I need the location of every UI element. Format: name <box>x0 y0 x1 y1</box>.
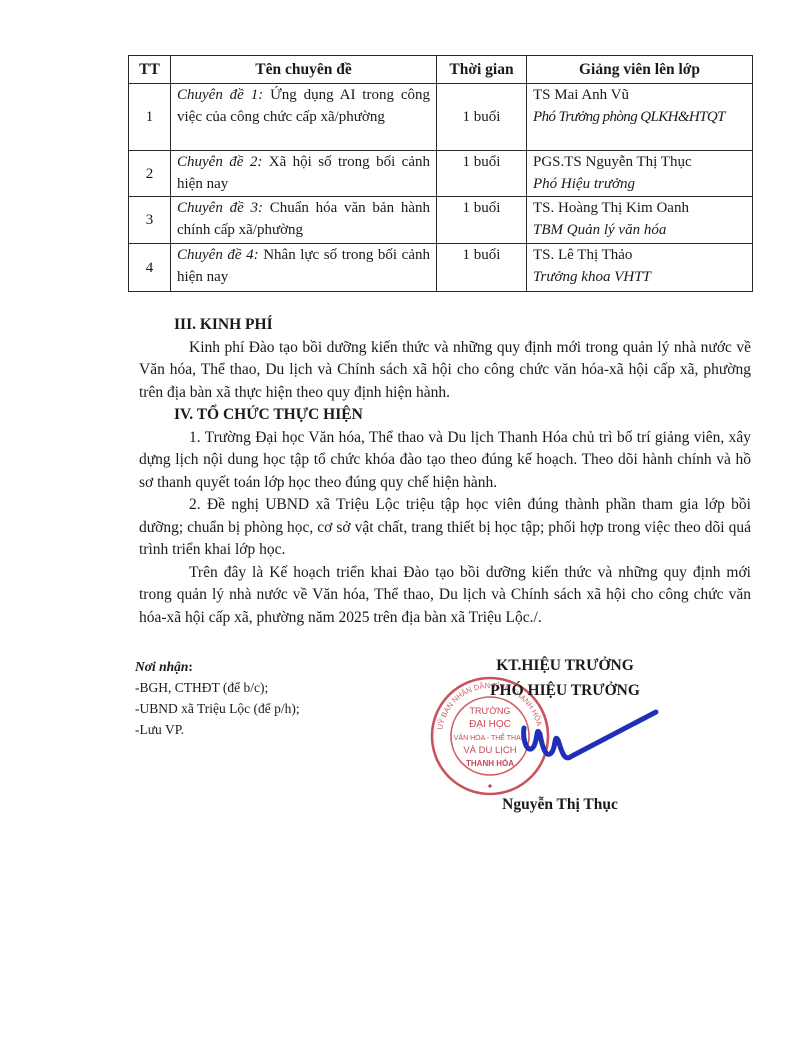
lecturer-cell: TS. Lê Thị ThảoTrưởng khoa VHTT <box>527 244 753 292</box>
lecturer-role: Phó Hiệu trưởng <box>533 173 746 195</box>
topic-cell: Chuyên đề 2: Xã hội số trong bối cảnh hi… <box>171 151 437 197</box>
time-cell: 1 buổi <box>437 244 527 292</box>
table-header-row: TT Tên chuyên đề Thời gian Giảng viên lê… <box>129 56 753 84</box>
recipients-block: Nơi nhận: -BGH, CTHĐT (để b/c); -UBND xã… <box>135 656 300 740</box>
time-value: 1 buổi <box>463 247 501 263</box>
training-schedule-table: TT Tên chuyên đề Thời gian Giảng viên lê… <box>128 55 753 292</box>
implementation-item-1: 1. Trường Đại học Văn hóa, Thể thao và D… <box>139 427 751 495</box>
section-heading: IV. TỔ CHỨC THỰC HIỆN <box>139 404 751 427</box>
recipients-colon: : <box>188 659 193 674</box>
recipient-item: -UBND xã Triệu Lộc (để p/h); <box>135 698 300 719</box>
row-number: 2 <box>129 151 171 197</box>
svg-text:VĂN HÓA - THỂ THAO: VĂN HÓA - THỂ THAO <box>454 733 527 742</box>
svg-text:VÀ DU LỊCH: VÀ DU LỊCH <box>463 745 516 756</box>
svg-text:TRƯỜNG: TRƯỜNG <box>470 706 511 716</box>
time-value: 1 buổi <box>463 154 501 170</box>
implementation-item-2: 2. Đề nghị UBND xã Triệu Lộc triệu tập h… <box>139 494 751 562</box>
section-funding: III. KINH PHÍ Kinh phí Đào tạo bồi dưỡng… <box>139 314 751 404</box>
signature-title-1: KT.HIỆU TRƯỞNG <box>445 657 685 675</box>
topic-cell: Chuyên đề 3: Chuẩn hóa văn bản hành chín… <box>171 197 437 244</box>
header-topic: Tên chuyên đề <box>171 56 437 84</box>
recipient-item: -BGH, CTHĐT (để b/c); <box>135 677 300 698</box>
topic-cell: Chuyên đề 1: Ứng dụng AI trong công việc… <box>171 84 437 151</box>
row-number: 1 <box>129 84 171 151</box>
time-cell: 1 buổi <box>437 84 527 151</box>
topic-prefix: Chuyên đề 4: <box>177 247 259 263</box>
svg-text:THANH HÓA: THANH HÓA <box>466 759 514 768</box>
svg-text:ĐẠI HỌC: ĐẠI HỌC <box>469 719 511 730</box>
signatory-name: Nguyễn Thị Thục <box>440 796 680 814</box>
lecturer-role: Trưởng khoa VHTT <box>533 266 746 288</box>
closing-paragraph: Trên đây là Kế hoạch triển khai Đào tạo … <box>139 562 751 630</box>
table-row: 4 Chuyên đề 4: Nhân lực số trong bối cản… <box>129 244 753 292</box>
row-number: 4 <box>129 244 171 292</box>
document-page: TT Tên chuyên đề Thời gian Giảng viên lê… <box>0 0 800 1063</box>
table-row: 1 Chuyên đề 1: Ứng dụng AI trong công vi… <box>129 84 753 151</box>
topic-cell: Chuyên đề 4: Nhân lực số trong bối cảnh … <box>171 244 437 292</box>
lecturer-role: TBM Quản lý văn hóa <box>533 219 746 241</box>
lecturer-name: TS Mai Anh Vũ <box>533 84 746 106</box>
lecturer-name: TS. Lê Thị Thảo <box>533 244 746 266</box>
table-row: 2 Chuyên đề 2: Xã hội số trong bối cảnh … <box>129 151 753 197</box>
table-row: 3 Chuyên đề 3: Chuẩn hóa văn bản hành ch… <box>129 197 753 244</box>
section-heading: III. KINH PHÍ <box>139 314 751 337</box>
topic-prefix: Chuyên đề 2: <box>177 154 262 170</box>
row-number: 3 <box>129 197 171 244</box>
time-value: 1 buổi <box>463 109 501 125</box>
section-implementation: IV. TỔ CHỨC THỰC HIỆN 1. Trường Đại học … <box>139 404 751 629</box>
time-value: 1 buổi <box>463 200 501 216</box>
time-cell: 1 buổi <box>437 151 527 197</box>
header-lecturer: Giảng viên lên lớp <box>527 56 753 84</box>
lecturer-cell: TS. Hoàng Thị Kim OanhTBM Quản lý văn hó… <box>527 197 753 244</box>
time-cell: 1 buổi <box>437 197 527 244</box>
lecturer-cell: PGS.TS Nguyễn Thị ThụcPhó Hiệu trưởng <box>527 151 753 197</box>
signature-title-2: PHÓ HIỆU TRƯỞNG <box>445 682 685 700</box>
topic-prefix: Chuyên đề 1: <box>177 87 263 103</box>
recipients-label: Nơi nhận <box>135 659 188 674</box>
header-time: Thời gian <box>437 56 527 84</box>
lecturer-role: Phó Trưởng phòng QLKH&HTQT <box>533 106 746 128</box>
header-tt: TT <box>129 56 171 84</box>
lecturer-cell: TS Mai Anh VũPhó Trưởng phòng QLKH&HTQT <box>527 84 753 151</box>
recipient-item: -Lưu VP. <box>135 719 300 740</box>
funding-paragraph: Kinh phí Đào tạo bồi dưỡng kiến thức và … <box>139 337 751 405</box>
handwritten-signature-icon <box>520 700 660 770</box>
lecturer-name: PGS.TS Nguyễn Thị Thục <box>533 151 746 173</box>
topic-prefix: Chuyên đề 3: <box>177 200 263 216</box>
lecturer-name: TS. Hoàng Thị Kim Oanh <box>533 197 746 219</box>
